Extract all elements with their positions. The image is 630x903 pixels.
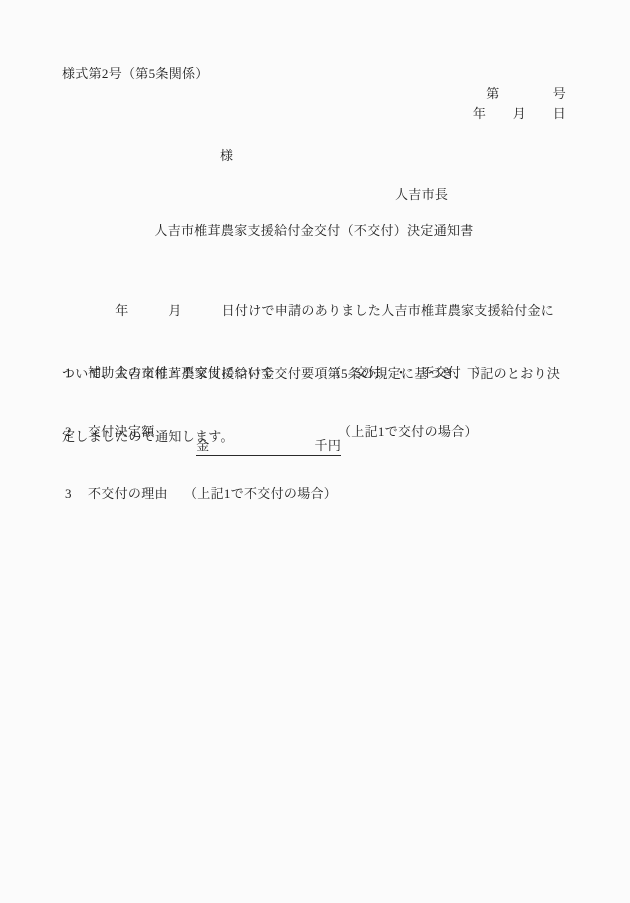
amount-blank xyxy=(210,449,315,450)
amount-unit: 千円 xyxy=(315,438,342,453)
body-paragraph-line-1: 年 月 日付けで申請のありました人吉市椎茸農家支援給付金に xyxy=(62,300,569,321)
item-3-number: 3 xyxy=(65,486,72,501)
item-1-number: 1 xyxy=(65,365,72,380)
item-3-label: 不交付の理由 xyxy=(88,486,168,501)
sender-name: 人吉市長 xyxy=(395,187,448,202)
item-3-note: （上記1で不交付の場合） xyxy=(184,486,337,501)
date-line: 年 月 日 xyxy=(473,106,566,121)
item-1-choices: （ 交付 ・ 不交付 ） xyxy=(328,365,488,380)
document-page: 様式第2号（第5条関係） 第 号 年 月 日 様 人吉市長 人吉市椎茸農家支援給… xyxy=(0,0,630,903)
document-title: 人吉市椎茸農家支援給付金交付（不交付）決定通知書 xyxy=(62,223,566,238)
item-2-amount-field: 金千円 xyxy=(182,423,341,471)
form-number: 様式第2号（第5条関係） xyxy=(62,66,209,81)
item-1-label: 補助金の交付・不交付について xyxy=(88,365,274,380)
item-2-number: 2 xyxy=(65,424,72,439)
item-2-label: 交付決定額 xyxy=(88,424,155,439)
recipient-honorific: 様 xyxy=(220,148,233,163)
amount-prefix: 金 xyxy=(196,438,209,453)
amount-underline: 金千円 xyxy=(196,438,341,456)
document-number-line: 第 号 xyxy=(486,86,566,101)
item-2-note: （上記1で交付の場合） xyxy=(338,424,478,439)
